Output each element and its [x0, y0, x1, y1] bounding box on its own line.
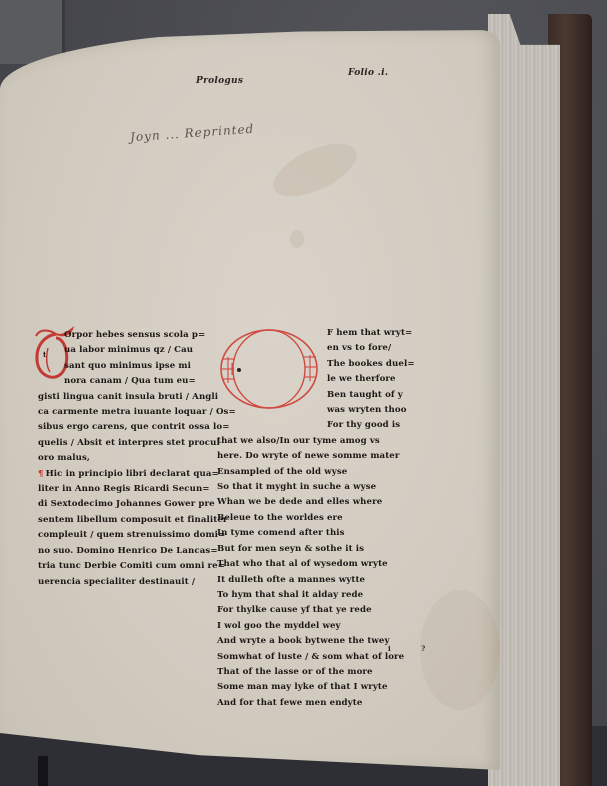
- text-line: The bookes duel=: [217, 357, 415, 372]
- text-line: That of the lasse or of the more: [217, 665, 415, 680]
- text-line: Some man may lyke of that I wryte: [217, 680, 415, 695]
- text-line: ca carmente metra iuuante loquar / Os=: [38, 405, 236, 420]
- running-head-left: Prologus: [196, 76, 243, 86]
- text-line: here. Do wryte of newe somme mater: [217, 449, 415, 464]
- text-line: ua labor minimus qz / Cau: [38, 343, 236, 358]
- text-line: I wol goo the myddel wey: [217, 619, 415, 634]
- running-head-right: Folio .i.: [348, 68, 388, 78]
- text-line: gisti lingua canit insula bruti / Angli: [38, 390, 236, 405]
- left-text-column: Orpor hebes sensus scola p= ua labor min…: [38, 328, 236, 590]
- stand-post: [38, 756, 48, 786]
- text-line: For thy good is: [217, 418, 415, 433]
- text-line-content: Hic in principio libri declarat qua=: [46, 469, 219, 479]
- text-line: To hym that shal it alday rede: [217, 588, 415, 603]
- text-line: di Sextodecimo Johannes Gower pre: [38, 497, 236, 512]
- text-line: Beleue to the worldes ere: [217, 511, 415, 526]
- right-text-column: F hem that wryt= en vs to fore/ The book…: [217, 326, 415, 711]
- text-line: And wryte a book bytwene the twey: [217, 634, 415, 649]
- text-line: So that it myght in suche a wyse: [217, 480, 415, 495]
- signature-mark: i ?: [388, 644, 439, 653]
- text-line: Orpor hebes sensus scola p=: [38, 328, 236, 343]
- pilcrow-icon: ¶: [38, 469, 44, 479]
- text-line: quelis / Absit et interpres stet procul: [38, 436, 236, 451]
- text-line: F hem that wryt=: [217, 326, 415, 341]
- text-line: For thylke cause yf that ye rede: [217, 603, 415, 618]
- text-line: It dulleth ofte a mannes wytte: [217, 573, 415, 588]
- text-line: uerencia specialiter destinauit /: [38, 575, 236, 590]
- page-stain: [266, 133, 364, 207]
- text-line: liter in Anno Regis Ricardi Secun=: [38, 482, 236, 497]
- text-line: compleuit / quem strenuissimo domi=: [38, 528, 236, 543]
- text-line: But for men seyn & sothe it is: [217, 542, 415, 557]
- text-line: sibus ergo carens, que contrit ossa lo=: [38, 420, 236, 435]
- text-line: That who that al of wysedom wryte: [217, 557, 415, 572]
- text-line: And for that fewe men endyte: [217, 696, 415, 711]
- text-line: Ben taught of y: [217, 388, 415, 403]
- text-line: nora canam / Qua tum eu=: [38, 374, 236, 389]
- text-line: le we therfore: [217, 372, 415, 387]
- text-line: sant quo minimus ipse mi: [38, 359, 236, 374]
- text-line: Whan we be dede and elles where: [217, 495, 415, 510]
- text-line-rubric: ¶Hic in principio libri declarat qua=: [38, 467, 236, 482]
- text-line: tria tunc Derbie Comiti cum omni re=: [38, 559, 236, 574]
- text-line: sentem libellum composuit et finaliter: [38, 513, 236, 528]
- text-line: Somwhat of luste / & som what of lore: [217, 650, 415, 665]
- text-line: In tyme comend after this: [217, 526, 415, 541]
- text-line: that we also/In our tyme amog vs: [217, 434, 415, 449]
- text-line: Ensampled of the old wyse: [217, 465, 415, 480]
- text-line: no suo. Domino Henrico De Lancas=: [38, 544, 236, 559]
- text-line: was wryten thoo: [217, 403, 415, 418]
- text-line: oro malus,: [38, 451, 236, 466]
- text-line: en vs to fore/: [217, 341, 415, 356]
- page-stain: [290, 230, 304, 248]
